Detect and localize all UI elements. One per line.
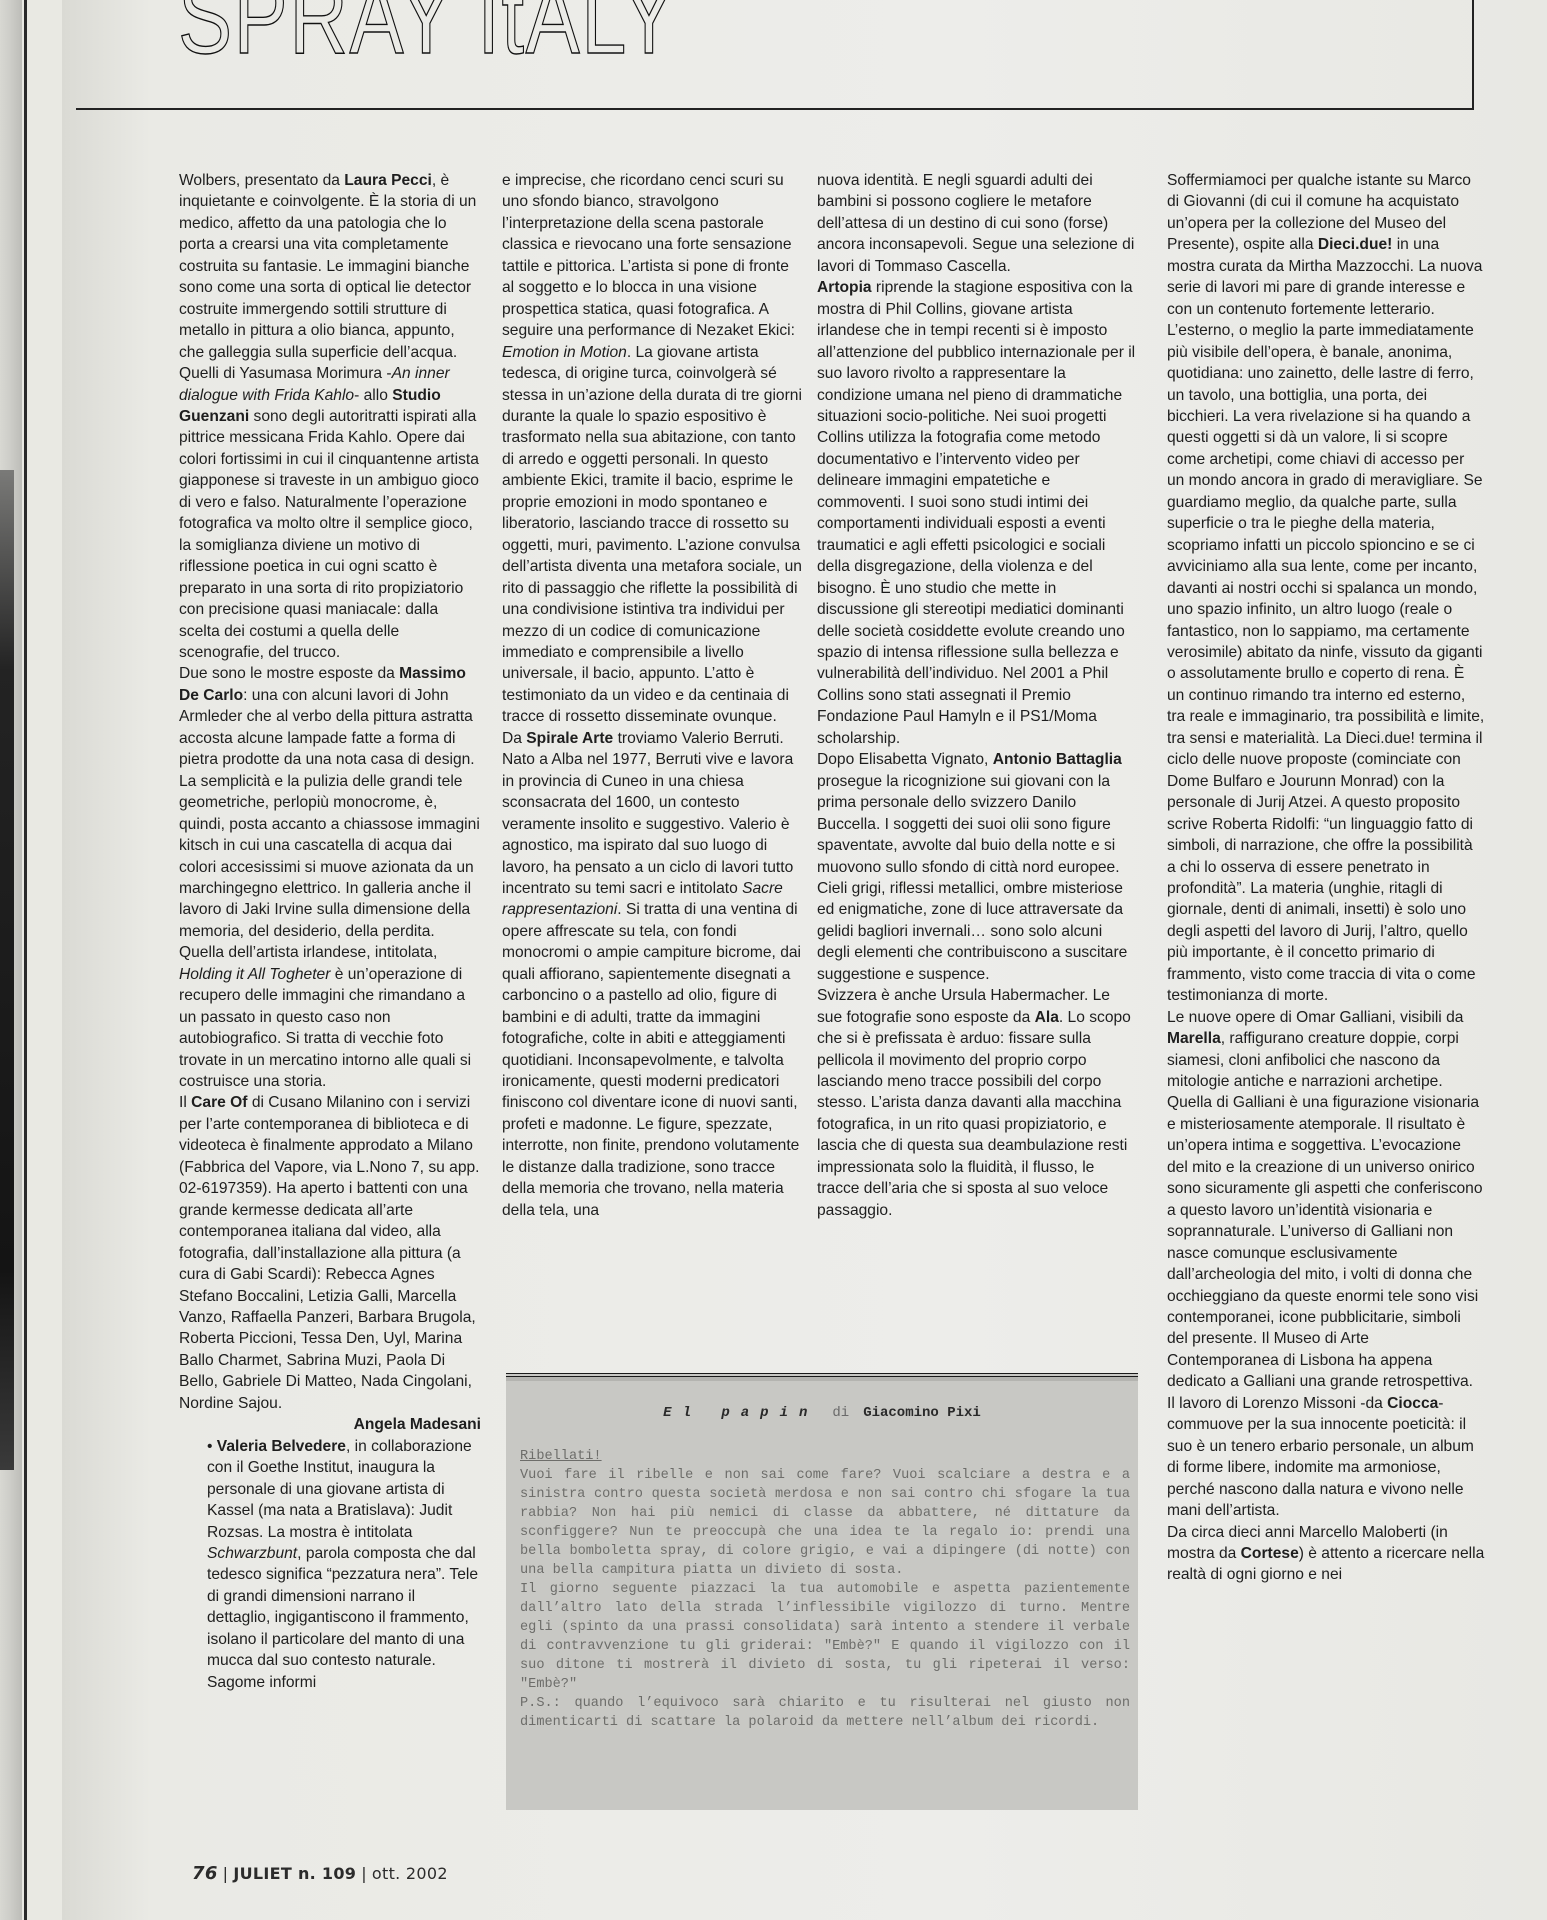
bold-venue-name: Antonio Battaglia: [993, 751, 1122, 768]
bold-venue-name: Laura Pecci: [344, 172, 432, 189]
article-paragraph: Artopia riprende la stagione espositiva …: [817, 277, 1137, 749]
text-run: , raffigurano creature doppie, corpi sia…: [1167, 1030, 1483, 1390]
bold-venue-name: Artopia: [817, 279, 872, 296]
text-run: Da: [502, 730, 526, 747]
page-number: 76: [192, 1863, 218, 1884]
footer-separator: |: [361, 1864, 367, 1883]
adjacent-page-photo-strip: [0, 470, 14, 1470]
bold-venue-name: Valeria Belvedere: [217, 1438, 346, 1455]
box-subhead: Ribellati!: [520, 1447, 1130, 1466]
column-3-paragraphs: nuova identità. E negli sguardi adulti d…: [817, 170, 1137, 1221]
column-2-paragraphs: e imprecise, che ricordano cenci scuri s…: [502, 170, 802, 1221]
bold-venue-name: Marella: [1167, 1030, 1221, 1047]
text-run: di Cusano Milanino con i servizi per l’a…: [179, 1094, 480, 1411]
article-column-3: nuova identità. E negli sguardi adulti d…: [817, 170, 1137, 1221]
bold-venue-name: Cortese: [1241, 1545, 1299, 1562]
text-run: : una con alcuni lavori di John Armleder…: [179, 687, 480, 961]
box-paragraph: Vuoi fare il ribelle e non sai come fare…: [520, 1466, 1130, 1580]
article-column-2: e imprecise, che ricordano cenci scuri s…: [502, 170, 802, 1221]
text-run: Due sono le mostre esposte da: [179, 665, 399, 682]
article-paragraph: Quelli di Yasumasa Morimura -An inner di…: [179, 363, 481, 663]
text-run: è un’operazione di recupero delle immagi…: [179, 966, 471, 1090]
article-paragraph: Il lavoro di Lorenzo Missoni -da Ciocca-…: [1167, 1393, 1485, 1522]
article-paragraph: Svizzera è anche Ursula Habermacher. Le …: [817, 985, 1137, 1221]
text-run: Dopo Elisabetta Vignato,: [817, 751, 993, 768]
bold-venue-name: Ciocca: [1387, 1395, 1438, 1412]
page-footer: 76|JULIET n. 109|ott. 2002: [192, 1863, 448, 1884]
italic-title: Emotion in Motion: [502, 344, 627, 361]
column-4-paragraphs: Soffermiamoci per qualche istante su Mar…: [1167, 170, 1485, 1586]
text-run: sono degli autoritratti ispirati alla pi…: [179, 408, 479, 661]
text-run: Il: [179, 1094, 191, 1111]
box-strip-title: El papin: [663, 1405, 818, 1421]
text-run: riprende la stagione espositiva con la m…: [817, 279, 1135, 747]
text-run: - commuove per la sua innocente poeticit…: [1167, 1395, 1474, 1519]
bold-venue-name: Dieci.due!: [1318, 236, 1393, 253]
magazine-issue: JULIET n. 109: [233, 1864, 356, 1883]
article-paragraph: Due sono le mostre esposte da Massimo De…: [179, 663, 481, 1092]
box-paragraph: Il giorno seguente piazzaci la tua autom…: [520, 1580, 1130, 1694]
text-run: . La giovane artista tedesca, di origine…: [502, 344, 802, 726]
issue-date: ott. 2002: [372, 1864, 448, 1883]
note-paragraph: • Valeria Belvedere, in collaborazione c…: [179, 1436, 481, 1693]
article-column-4: Soffermiamoci per qualche istante su Mar…: [1167, 170, 1485, 1586]
text-run: , parola composta che dal tedesco signif…: [207, 1545, 478, 1691]
author-signature: Angela Madesani: [179, 1414, 481, 1435]
article-paragraph: Wolbers, presentato da Laura Pecci, è in…: [179, 170, 481, 363]
article-paragraph: nuova identità. E negli sguardi adulti d…: [817, 170, 1137, 277]
sidebar-box-el-papin: El papindiGiacomino Pixi Ribellati! Vuoi…: [506, 1373, 1138, 1810]
footer-separator: |: [223, 1864, 229, 1883]
text-run: . Si tratta di una ventina di opere affr…: [502, 901, 801, 1218]
text-run: troviamo Valerio Berruti. Nato a Alba ne…: [502, 730, 793, 897]
article-paragraph: e imprecise, che ricordano cenci scuri s…: [502, 170, 802, 728]
box-paragraph: P.S.: quando l’equivoco sarà chiarito e …: [520, 1694, 1130, 1732]
text-run: Le nuove opere di Omar Galliani, visibil…: [1167, 1009, 1463, 1026]
box-by: di: [832, 1405, 849, 1421]
column-1-paragraphs: Wolbers, presentato da Laura Pecci, è in…: [179, 170, 481, 1414]
text-run: Quelli di Yasumasa Morimura -: [179, 365, 392, 382]
box-heading: El papindiGiacomino Pixi: [506, 1405, 1138, 1421]
article-paragraph: Soffermiamoci per qualche istante su Mar…: [1167, 170, 1485, 1007]
article-paragraph: Dopo Elisabetta Vignato, Antonio Battagl…: [817, 749, 1137, 985]
text-run: •: [207, 1438, 217, 1455]
text-run: nuova identità. E negli sguardi adulti d…: [817, 172, 1134, 275]
bold-venue-name: Ala: [1035, 1009, 1059, 1026]
article-paragraph: Il Care Of di Cusano Milanino con i serv…: [179, 1092, 481, 1414]
text-run: Il lavoro di Lorenzo Missoni -da: [1167, 1395, 1387, 1412]
bold-venue-name: Spirale Arte: [526, 730, 613, 747]
text-run: Wolbers, presentato da: [179, 172, 344, 189]
italic-title: Schwarzbunt: [207, 1545, 297, 1562]
text-run: e imprecise, che ricordano cenci scuri s…: [502, 172, 795, 339]
page-title: SPRAY ItALY: [178, 0, 678, 70]
box-author: Giacomino Pixi: [863, 1405, 981, 1421]
article-column-1: Wolbers, presentato da Laura Pecci, è in…: [179, 170, 481, 1693]
article-paragraph: Da Spirale Arte troviamo Valerio Berruti…: [502, 728, 802, 1221]
text-run: - allo: [354, 387, 392, 404]
text-run: , è inquietante e coinvolgente. È la sto…: [179, 172, 476, 361]
italic-title: Holding it All Togheter: [179, 966, 330, 983]
text-run: in una mostra curata da Mirtha Mazzocchi…: [1167, 236, 1484, 1004]
box-body: Ribellati! Vuoi fare il ribelle e non sa…: [520, 1447, 1130, 1732]
article-paragraph: Da circa dieci anni Marcello Maloberti (…: [1167, 1522, 1485, 1586]
page-stack-line: [24, 0, 27, 1920]
adjacent-page-edge: [0, 0, 22, 1920]
article-paragraph: Le nuove opere di Omar Galliani, visibil…: [1167, 1007, 1485, 1393]
bold-venue-name: Care Of: [191, 1094, 247, 1111]
text-run: prosegue la ricognizione sui giovani con…: [817, 773, 1127, 983]
text-run: . Lo scopo che si è prefissata è arduo: …: [817, 1009, 1131, 1219]
